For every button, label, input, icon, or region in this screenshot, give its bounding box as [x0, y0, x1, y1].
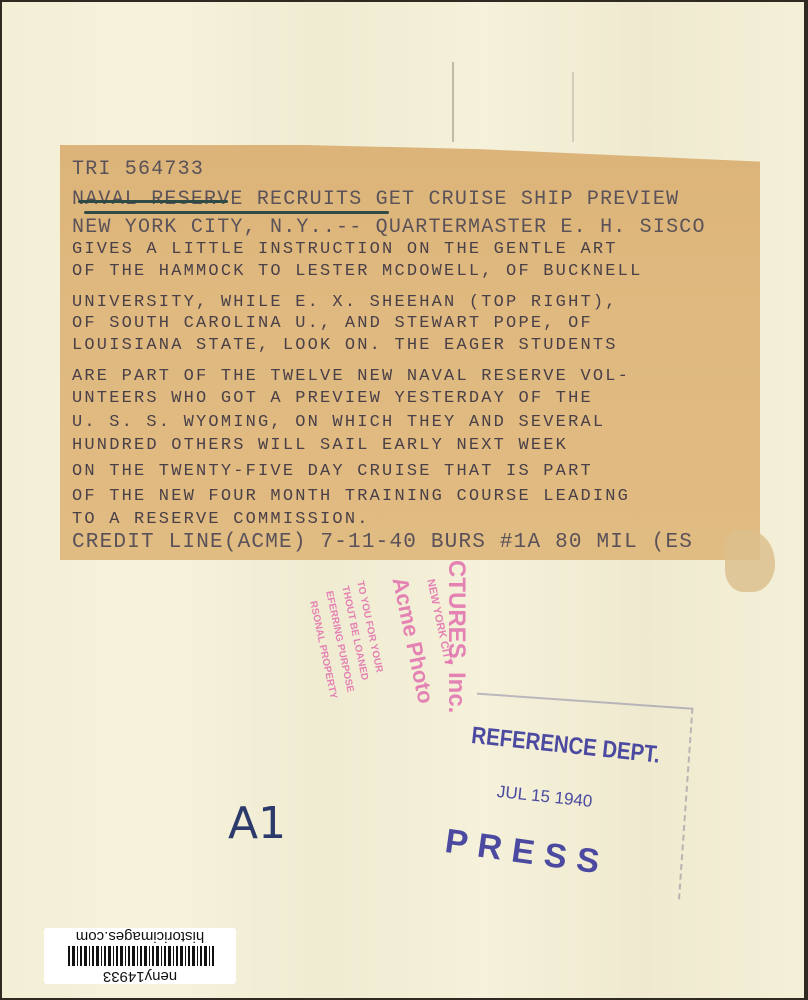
caption-line: HUNDRED OTHERS WILL SAIL EARLY NEXT WEEK	[72, 436, 568, 455]
caption-line: UNIVERSITY, WHILE E. X. SHEEHAN (TOP RIG…	[72, 293, 618, 312]
caption-line: U. S. S. WYOMING, ON WHICH THEY AND SEVE…	[72, 413, 605, 432]
caption-line: ON THE TWENTY-FIVE DAY CRUISE THAT IS PA…	[72, 462, 593, 481]
caption-line: OF THE HAMMOCK TO LESTER MCDOWELL, OF BU…	[72, 262, 642, 281]
credit-line: CREDIT LINE(ACME) 7-11-40 BURS #1A 80 MI…	[72, 531, 693, 554]
crease-mark	[572, 72, 574, 142]
barcode-sticker: neny14933 historicimages.com	[44, 928, 236, 984]
caption-line: OF SOUTH CAROLINA U., AND STEWART POPE, …	[72, 314, 593, 333]
sticker-code: neny14933	[103, 968, 177, 984]
sticker-site: historicimages.com	[76, 928, 204, 944]
handwritten-mark: A1	[228, 798, 286, 849]
strikethrough-mark	[78, 200, 228, 203]
crease-mark	[452, 62, 454, 142]
caption-line: TO A RESERVE COMMISSION.	[72, 510, 370, 529]
caption-line: OF THE NEW FOUR MONTH TRAINING COURSE LE…	[72, 487, 630, 506]
caption-line: GIVES A LITTLE INSTRUCTION ON THE GENTLE…	[72, 240, 618, 259]
caption-line: LOUISIANA STATE, LOOK ON. THE EAGER STUD…	[72, 336, 618, 355]
caption-line: UNTEERS WHO GOT A PREVIEW YESTERDAY OF T…	[72, 389, 593, 408]
caption-line: ARE PART OF THE TWELVE NEW NAVAL RESERVE…	[72, 367, 630, 386]
barcode-icon	[66, 946, 214, 966]
underline-mark	[84, 211, 389, 214]
caption-line: NEW YORK CITY, N.Y..-- QUARTERMASTER E. …	[72, 216, 706, 239]
caption-id: TRI 564733	[72, 158, 204, 181]
